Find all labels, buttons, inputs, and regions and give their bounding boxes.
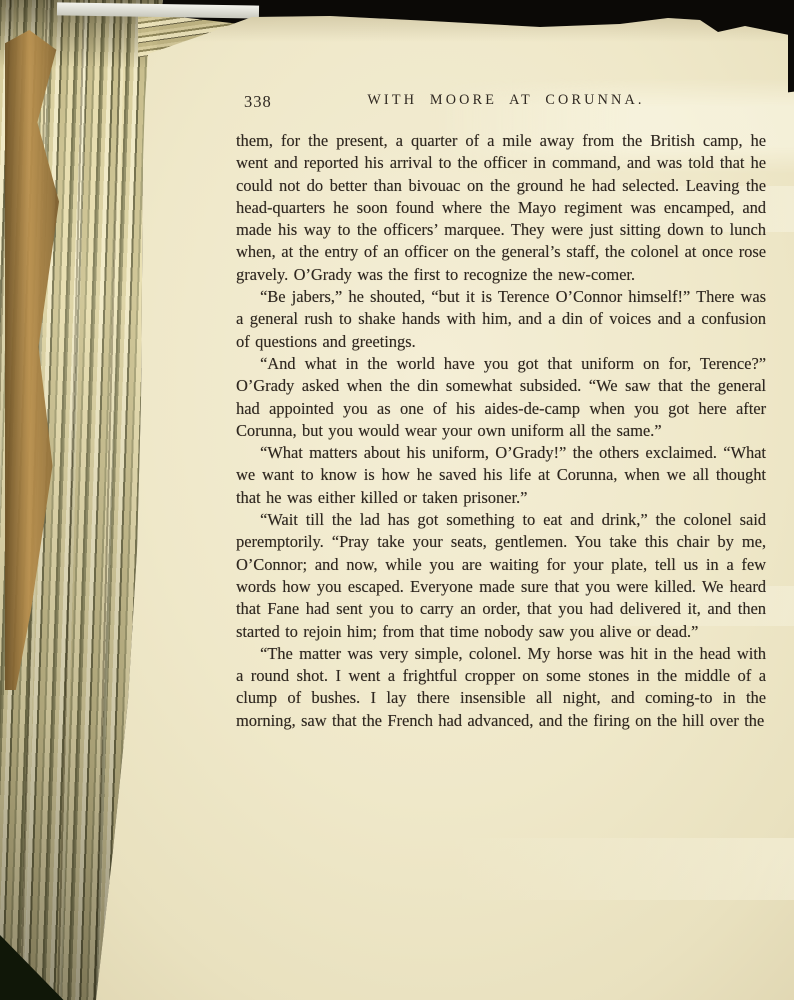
page-header: 338 WITH MOORE AT CORUNNA. (236, 92, 766, 113)
body-text: them, for the present, a quarter of a mi… (236, 130, 766, 732)
paragraph: them, for the present, a quarter of a mi… (236, 130, 766, 286)
paragraph: “And what in the world have you got that… (236, 353, 766, 442)
paragraph: “Wait till the lad has got something to … (236, 509, 766, 643)
paragraph: “The matter was very simple, colonel. My… (236, 643, 766, 732)
backdrop-sliver (788, 30, 794, 93)
paragraph: “Be jabers,” he shouted, “but it is Tere… (236, 286, 766, 353)
running-title: WITH MOORE AT CORUNNA. (236, 92, 766, 109)
page-content: 338 WITH MOORE AT CORUNNA. them, for the… (236, 92, 766, 732)
paragraph: “What matters about his uniform, O’Grady… (236, 442, 766, 509)
page-number: 338 (244, 92, 272, 112)
book-scan-photo: 338 WITH MOORE AT CORUNNA. them, for the… (0, 0, 794, 1000)
scan-light-streak (450, 838, 794, 900)
